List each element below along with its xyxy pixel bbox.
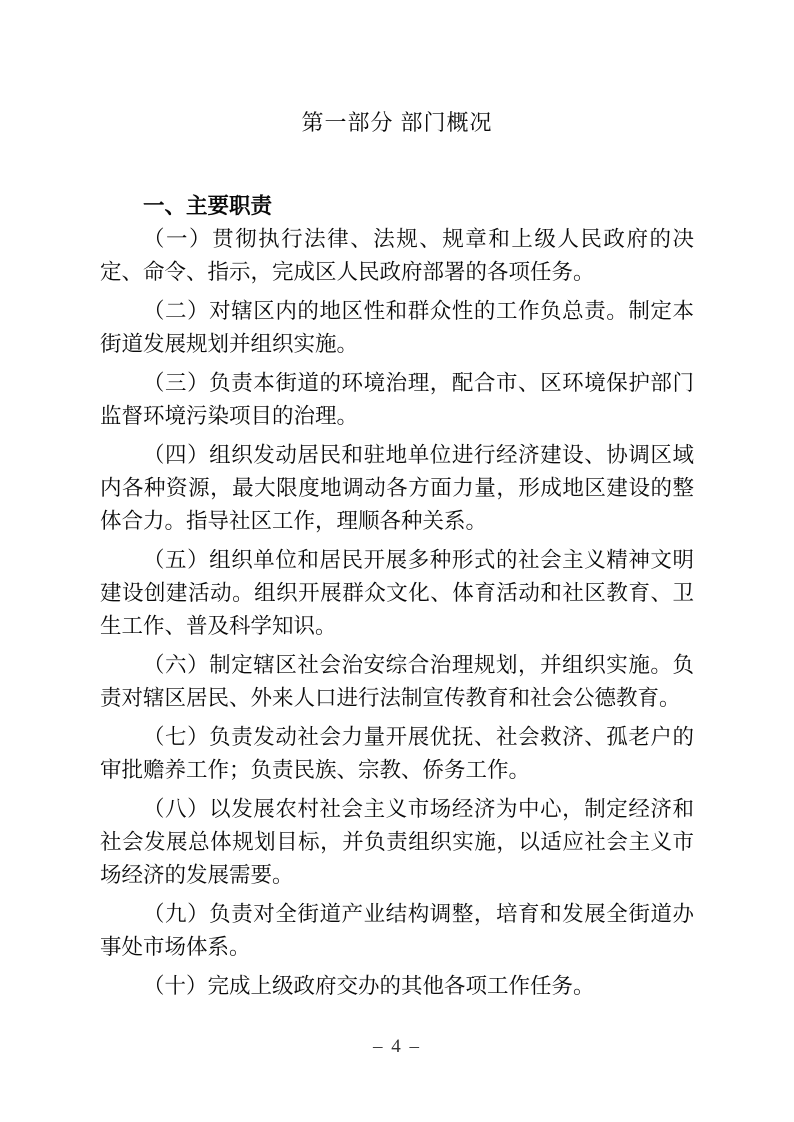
- body-paragraph-8: （八）以发展农村社会主义市场经济为中心，制定经济和社会发展总体规划目标，并负责组…: [100, 793, 694, 892]
- body-paragraph-3: （三）负责本街道的环境治理，配合市、区环境保护部门监督环境污染项目的治理。: [100, 367, 694, 433]
- body-paragraph-10: （十）完成上级政府交办的其他各项工作任务。: [100, 970, 694, 1003]
- document-title: 第一部分 部门概况: [100, 106, 694, 139]
- body-paragraph-6: （六）制定辖区社会治安综合治理规划，并组织实施。负责对辖区居民、外来人口进行法制…: [100, 649, 694, 715]
- body-paragraph-2: （二）对辖区内的地区性和群众性的工作负总责。制定本街道发展规划并组织实施。: [100, 295, 694, 361]
- section-heading: 一、主要职责: [100, 190, 694, 223]
- body-paragraph-5: （五）组织单位和居民开展多种形式的社会主义精神文明建设创建活动。组织开展群众文化…: [100, 544, 694, 643]
- body-paragraph-7: （七）负责发动社会力量开展优抚、社会救济、孤老户的审批赡养工作；负责民族、宗教、…: [100, 721, 694, 787]
- document-page: 第一部分 部门概况 一、主要职责 （一）贯彻执行法律、法规、规章和上级人民政府的…: [0, 0, 794, 1122]
- body-paragraph-1: （一）贯彻执行法律、法规、规章和上级人民政府的决定、命令、指示，完成区人民政府部…: [100, 223, 694, 289]
- page-number: – 4 –: [0, 1036, 794, 1058]
- body-paragraph-9: （九）负责对全街道产业结构调整，培育和发展全街道办事处市场体系。: [100, 898, 694, 964]
- body-paragraph-4: （四）组织发动居民和驻地单位进行经济建设、协调区域内各种资源，最大限度地调动各方…: [100, 439, 694, 538]
